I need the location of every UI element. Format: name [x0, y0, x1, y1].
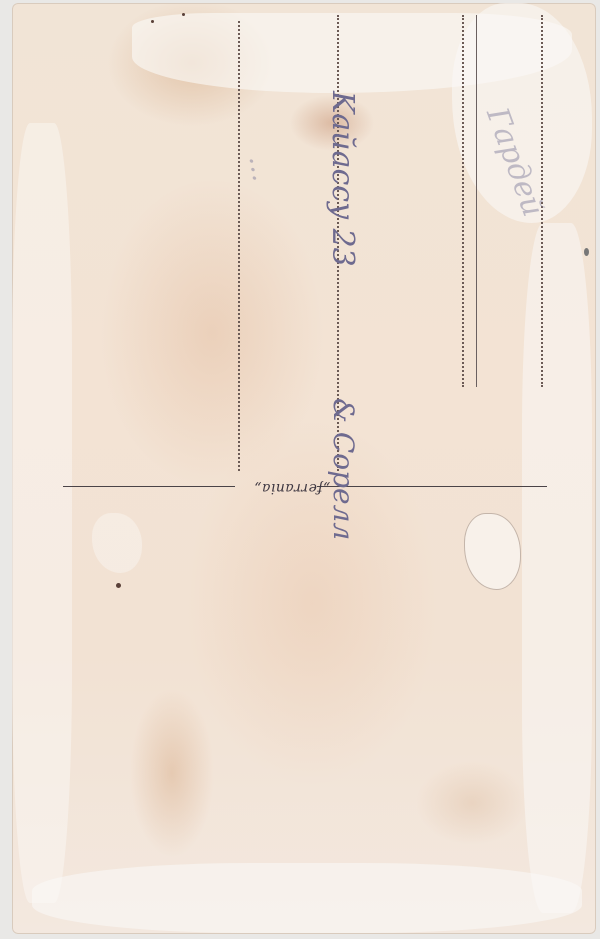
- flaking-patch-left-mid: [92, 513, 142, 573]
- dirt-spot: [182, 13, 185, 16]
- dotted-line-left: [238, 21, 240, 471]
- ferrania-brand-mark: „ferrania„: [247, 478, 337, 498]
- dirt-spot: [116, 583, 121, 588]
- horizontal-divider-left: [63, 486, 235, 487]
- flaking-patch-right-edge: [522, 223, 592, 913]
- handwriting-main-line-2: & Сорелл: [327, 398, 360, 540]
- dirt-spot: [584, 248, 589, 256]
- flaking-patch-left-edge: [12, 123, 72, 903]
- solid-line-stamp: [476, 15, 477, 387]
- postcard-back: „ferrania„ Kaŭaccy 23 & Сорелл Гардей …: [12, 3, 596, 934]
- dotted-line-stamp-left: [462, 15, 464, 387]
- handwriting-faint-left: …: [242, 153, 276, 184]
- flaking-patch-bottom: [32, 863, 582, 933]
- flaking-patch-mid-right: [464, 513, 521, 590]
- handwriting-main-line-1: Kaŭaccy 23: [325, 91, 360, 267]
- dirt-spot: [151, 20, 154, 23]
